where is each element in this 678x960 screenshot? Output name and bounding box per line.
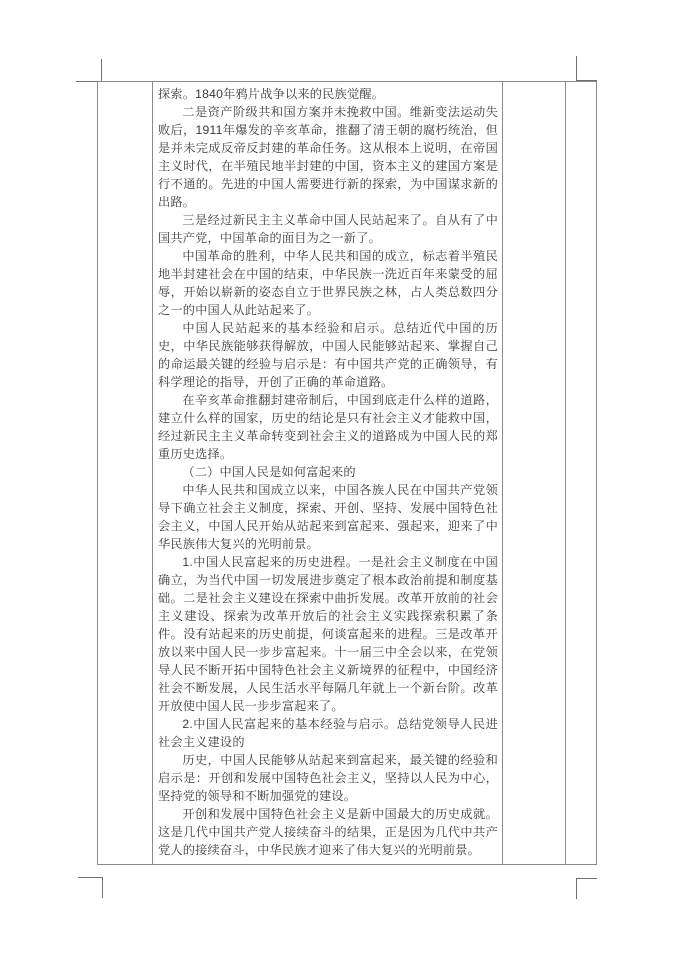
crop-mark-bottom-right-vertical bbox=[576, 878, 577, 899]
text-line: 导下确立社会主义制度，探索、开创、坚持、发展中国特色社 bbox=[158, 499, 498, 517]
crop-mark-bottom-left-vertical bbox=[102, 877, 103, 898]
crop-mark-bottom-left-horizontal bbox=[78, 877, 103, 878]
text-line: 主义时代，在半殖民地半封建的中国，资本主义的建国方案是 bbox=[158, 157, 498, 175]
text-line: 件。没有站起来的历史前提，何谈富起来的进程。三是改革开 bbox=[158, 625, 498, 643]
page: 探索。1840年鸦片战争以来的民族觉醒。二是资产阶级共和国方案并未挽救中国。维新… bbox=[0, 0, 678, 960]
answer-sheet-table: 探索。1840年鸦片战争以来的民族觉醒。二是资产阶级共和国方案并未挽救中国。维新… bbox=[97, 81, 597, 865]
text-line: 开创和发展中国特色社会主义是新中国最大的历史成就。 bbox=[158, 805, 498, 823]
text-line: 中国人民站起来的基本经验和启示。总结近代中国的历 bbox=[158, 319, 498, 337]
text-line: 这是几代中国共产党人接续奋斗的结果，正是因为几代中共产 bbox=[158, 823, 498, 841]
text-line: 地半封建社会在中国的结束，中华民族一洗近百年来蒙受的屈 bbox=[158, 265, 498, 283]
text-line: 坚持党的领导和不断加强党的建设。 bbox=[158, 787, 498, 805]
text-line: 础。二是社会主义建设在探索中曲折发展。改革开放前的社会 bbox=[158, 589, 498, 607]
text-line: 经过新民主主义革命转变到社会主义的道路成为中国人民的郑 bbox=[158, 427, 498, 445]
text-line: 二是资产阶级共和国方案并未挽救中国。维新变法运动失 bbox=[158, 103, 498, 121]
text-line: 重历史选择。 bbox=[158, 445, 498, 463]
table-divider-right-column bbox=[565, 82, 566, 864]
text-line: 中国革命的胜利，中华人民共和国的成立，标志着半殖民 bbox=[158, 247, 498, 265]
crop-mark-bottom-right-horizontal bbox=[576, 878, 597, 879]
text-line: 在辛亥革命推翻封建帝制后，中国到底走什么样的道路， bbox=[158, 391, 498, 409]
text-line: 国共产党，中国革命的面目为之一新了。 bbox=[158, 229, 498, 247]
text-line: 导人民不断开拓中国特色社会主义新境界的征程中，中国经济 bbox=[158, 661, 498, 679]
crop-mark-top-left-horizontal bbox=[76, 81, 98, 82]
text-line: 之一的中国人从此站起来了。 bbox=[158, 301, 498, 319]
text-line: 出路。 bbox=[158, 193, 498, 211]
text-line: 历史，中国人民能够从站起来到富起来，最关键的经验和 bbox=[158, 751, 498, 769]
text-line: （二）中国人民是如何富起来的 bbox=[158, 463, 498, 481]
text-line: 建立什么样的国家，历史的结论是只有社会主义才能救中国， bbox=[158, 409, 498, 427]
text-line: 是并未完成反帝反封建的革命任务。这从根本上说明，在帝国 bbox=[158, 139, 498, 157]
text-line: 确立，为当代中国一切发展进步奠定了根本政治前提和制度基 bbox=[158, 571, 498, 589]
text-line: 败后，1911年爆发的辛亥革命，推翻了清王朝的腐朽统治，但 bbox=[158, 121, 498, 139]
text-line: 科学理论的指导，开创了正确的革命道路。 bbox=[158, 373, 498, 391]
text-line: 的命运最关键的经验与启示是：有中国共产党的正确领导，有 bbox=[158, 355, 498, 373]
text-line: 启示是：开创和发展中国特色社会主义，坚持以人民为中心， bbox=[158, 769, 498, 787]
crop-mark-top-left-vertical bbox=[101, 59, 102, 82]
text-line: 主义建设、探索为改革开放后的社会主义实践探索积累了条 bbox=[158, 607, 498, 625]
answer-text-column: 探索。1840年鸦片战争以来的民族觉醒。二是资产阶级共和国方案并未挽救中国。维新… bbox=[158, 85, 498, 859]
text-line: 社会不断发展，人民生活水平每隔几年就上一个新台阶。改革 bbox=[158, 679, 498, 697]
text-line: 开放使中国人民一步步富起来了。 bbox=[158, 697, 498, 715]
text-line: 2.中国人民富起来的基本经验与启示。总结党领导人民进行 bbox=[158, 715, 498, 733]
table-divider-left-column bbox=[152, 82, 153, 864]
text-line: 社会主义建设的 bbox=[158, 733, 498, 751]
text-line: 1.中国人民富起来的历史进程。一是社会主义制度在中国的 bbox=[158, 553, 498, 571]
text-line: 中华人民共和国成立以来，中国各族人民在中国共产党领 bbox=[158, 481, 498, 499]
text-line: 华民族伟大复兴的光明前景。 bbox=[158, 535, 498, 553]
text-line: 史，中华民族能够获得解放，中国人民能够站起来、掌握自己 bbox=[158, 337, 498, 355]
text-line: 党人的接续奋斗，中华民族才迎来了伟大复兴的光明前景。 bbox=[158, 841, 498, 859]
text-line: 三是经过新民主主义革命中国人民站起来了。自从有了中 bbox=[158, 211, 498, 229]
text-line: 探索。1840年鸦片战争以来的民族觉醒。 bbox=[158, 85, 498, 103]
table-divider-right-of-text bbox=[502, 82, 503, 864]
text-line: 辱，开始以崭新的姿态自立于世界民族之林，占人类总数四分 bbox=[158, 283, 498, 301]
text-line: 行不通的。先进的中国人需要进行新的探索，为中国谋求新的 bbox=[158, 175, 498, 193]
text-line: 放以来中国人民一步步富起来。十一届三中全会以来，在党领 bbox=[158, 643, 498, 661]
text-line: 会主义，中国人民开始从站起来到富起来、强起来，迎来了中 bbox=[158, 517, 498, 535]
crop-mark-top-right-vertical bbox=[576, 56, 577, 81]
